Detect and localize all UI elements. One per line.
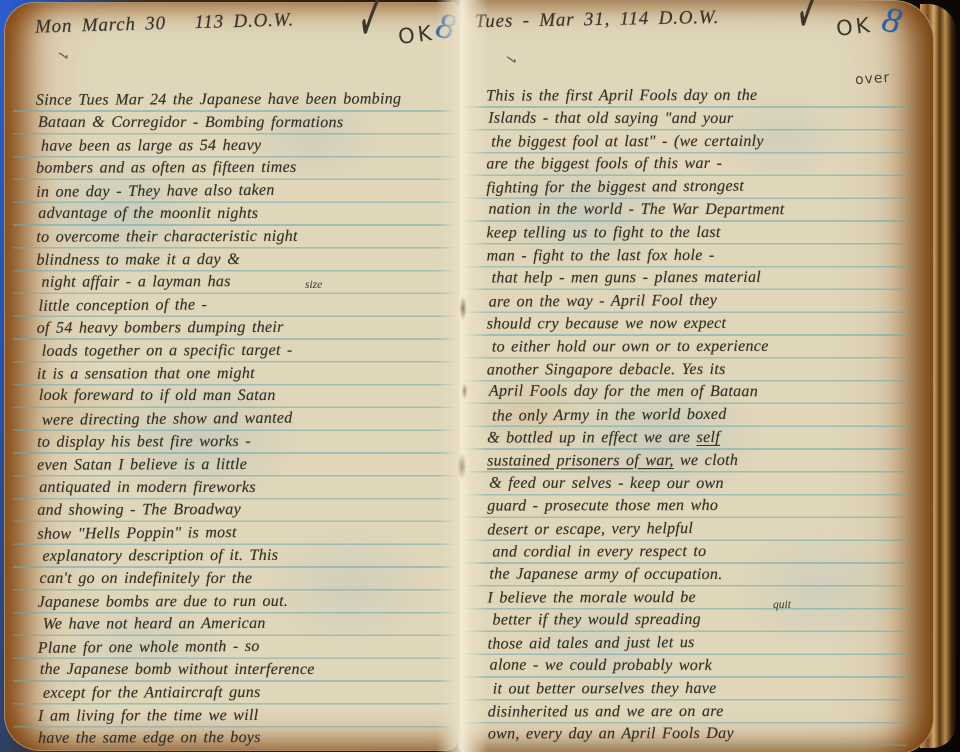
check-icon: ✓ [795,0,823,50]
handwritten-line: We have not heard an American [43,613,452,637]
handwritten-line: of 54 heavy bombers dumping their [37,316,451,340]
handwritten-line: keep telling us to fight to the last [486,221,904,245]
pencil-tick-icon: ✓ [55,45,73,66]
handwritten-line: to overcome their characteristic night [36,225,450,249]
handwritten-line: night affair - a layman has [41,271,450,295]
blue-grade-mark: 8 [432,3,460,48]
handwritten-line: man - fight to the last fox hole - [487,244,905,268]
handwritten-line: disinherited us and we are on are [488,700,906,724]
handwritten-line: those aid tales and just let us [488,630,906,656]
handwritten-line: bombers and as often as fifteen times [36,157,450,181]
ok-label: OK [397,21,436,49]
handwritten-line: better if they would spreading [493,609,906,633]
handwritten-line: the Japanese bomb without interference [40,659,452,682]
handwritten-line: Plane for one whole month - so [38,634,452,660]
right-page-date-header: Tues - Mar 31, 114 D.O.W. [475,7,720,33]
handwritten-line: This is the first April Fools day on the [486,84,904,108]
handwritten-line: loads together on a specific target - [42,339,451,363]
inserted-word: quit [773,599,791,611]
handwritten-line: are on the way - April Fool they [489,289,905,315]
pencil-tick-icon: ✓ [503,49,521,70]
handwritten-line: have been as large as 54 heavy [41,134,450,158]
handwritten-line: desert or escape, very helpful [487,516,905,542]
handwritten-line: to display his best fire works - [37,430,451,454]
handwritten-line: even Satan I believe is a little [37,453,451,477]
handwritten-line: I am living for the time we will [38,704,452,728]
handwritten-line: are the biggest fools of this war - [486,153,904,177]
handwritten-line: that help - men guns - planes material [492,267,905,291]
handwritten-line: it is a sensation that one might [37,362,451,386]
handwritten-line: blindness to make it a day & [36,248,450,272]
diary-photo: Mon March 30 113 D.O.W. ✓ ✓OK 8 size Sin… [0,0,960,752]
handwritten-line: and cordial in every respect to [492,540,905,564]
handwritten-line: Islands - that old saying "and your [488,107,904,131]
handwritten-line: nation in the world - The War Department [488,199,904,223]
handwritten-line: antiquated in modern fireworks [39,476,451,499]
handwritten-line: another Singapore debacle. Yes its [487,358,905,382]
handwritten-line: and showing - The Broadway [37,499,451,523]
left-check-group: ✓OK [357,5,432,56]
handwritten-line: have the same edge on the boys [38,727,452,751]
blue-grade-mark: 8 [878,0,906,43]
right-check-group: ✓OK [795,0,870,48]
handwritten-line: in one day - They have also taken [36,178,450,204]
handwritten-line: & bottled up in effect we are self [487,426,905,450]
inserted-word: size [305,279,322,291]
handwritten-line: Since Tues Mar 24 the Japanese have been… [36,88,450,112]
handwritten-line: Japanese bombs are due to run out. [38,590,452,614]
left-page-date-header: Mon March 30 113 D.O.W. [35,9,295,38]
handwritten-line: the Japanese army of occupation. [489,563,905,587]
left-page: Mon March 30 113 D.O.W. ✓ ✓OK 8 size Sin… [4,2,458,751]
handwritten-line: advantage of the moonlit nights [38,203,450,226]
handwritten-line: April Fools day for the men of Bataan [489,381,905,405]
handwritten-line: can't go on indefinitely for the [40,568,452,591]
handwritten-line: the biggest fool at last" - (we certainl… [491,130,904,154]
handwritten-line: guard - prosecute those men who [487,495,905,519]
right-page: Tues - Mar 31, 114 D.O.W. ✓ ✓OK 8 over q… [458,0,934,752]
left-page-text: Since Tues Mar 24 the Japanese have been… [36,88,452,751]
right-page-text: This is the first April Fools day on the… [486,84,906,746]
handwritten-line: sustained prisoners of war, we cloth [487,449,905,473]
handwritten-line: & feed our selves - keep our own [489,472,905,496]
handwritten-line: the only Army in the world boxed [492,403,905,429]
handwritten-line: I believe the morale would be [487,586,905,610]
handwritten-line: own, every day an April Fools Day [488,723,906,747]
ok-label: OK [835,13,874,41]
handwritten-line: to either hold our own or to experience [492,335,905,359]
handwritten-line: alone - we could probably work [490,655,906,679]
handwritten-line: it out better ourselves they have [493,677,906,701]
check-icon: ✓ [357,0,385,58]
handwritten-line: fighting for the biggest and strongest [486,175,904,201]
handwritten-line: except for the Antiaircraft guns [43,681,452,705]
handwritten-line: explanatory description of it. This [42,544,451,568]
handwritten-line: were directing the show and wanted [42,406,451,432]
handwritten-line: should cry because we now expect [487,312,905,336]
handwritten-line: Bataan & Corregidor - Bombing formations [38,112,450,135]
handwritten-line: little conception of the - [39,292,451,318]
handwritten-line: look foreward to if old man Satan [39,385,451,408]
handwritten-line: show "Hells Poppin" is most [37,520,451,546]
